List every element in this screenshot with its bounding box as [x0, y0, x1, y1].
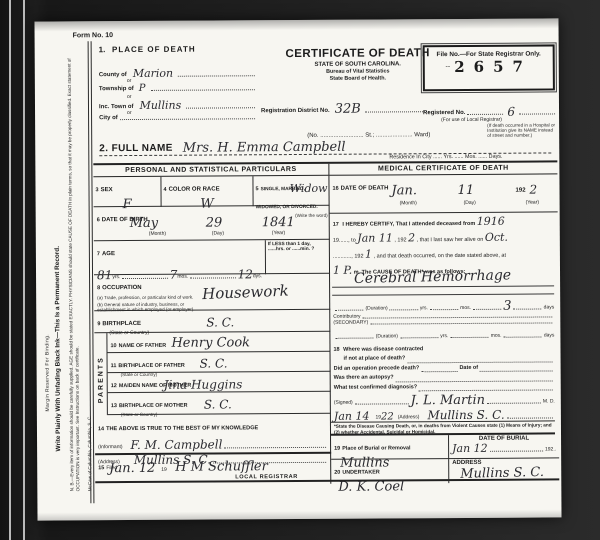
dod-day-value: 11	[457, 183, 474, 198]
certify-line3b: , and that death occurred, on the date s…	[374, 253, 506, 260]
filed-number: 15	[98, 465, 104, 471]
cause-footnote: *State the Disease Causing Death, or, in…	[331, 420, 555, 435]
father-name-row: 10NAME OF FATHER Henry Cook	[107, 332, 330, 353]
father-number: 10	[110, 343, 116, 349]
dob-month-value: May	[130, 216, 158, 231]
sex-label: SEX	[101, 187, 113, 193]
county-field: County of Marion	[99, 66, 257, 78]
mother-number: 12	[111, 383, 117, 389]
film-edge-line	[9, 0, 11, 540]
form-number: Form No. 10	[73, 32, 113, 39]
film-edge-line	[23, 0, 25, 540]
age-less-than-day-cell: If LESS than 1 day, ......hrs. or ......…	[266, 240, 330, 274]
undertaker-value: D. K. Coel	[338, 479, 445, 495]
father-birthplace-row: 11BIRTHPLACE OF FATHER (State or Country…	[108, 352, 331, 373]
registration-district-field: Registration District No. 32B	[261, 101, 431, 114]
dotted-line	[490, 450, 543, 452]
place-of-death-title: PLACE OF DEATH	[112, 45, 196, 55]
dotted-line	[507, 416, 553, 418]
dob-day-value: 29	[206, 215, 223, 230]
cause-of-death-block: Cerebral Hemorrhage	[330, 268, 558, 299]
dotted-line	[400, 336, 438, 338]
mother-birthplace-row: 13BIRTHPLACE OF MOTHER (State or Country…	[108, 392, 331, 415]
place-of-death-number: 1.	[99, 45, 106, 54]
cause-of-death-value: Cerebral Hemorrhage	[354, 267, 511, 287]
q-test: What test confirmed diagnosis?	[334, 383, 417, 393]
dod-month-value: Jan.	[391, 183, 417, 198]
dotted-line	[355, 402, 409, 404]
undertaker-label: UNDERTAKER	[342, 470, 379, 476]
duration2-days-label: days	[544, 332, 555, 338]
occupation-label: OCCUPATION	[102, 285, 141, 291]
file-number-line: --2657	[425, 57, 553, 77]
registrar-signature: H M Schuffler	[175, 459, 268, 475]
file-number: 2657	[454, 58, 532, 76]
certify-line2c: , that I last saw her alive on	[417, 237, 484, 243]
occupation-value: Housework	[202, 282, 289, 304]
duration-yrs-label: yrs.	[420, 305, 428, 311]
birthplace-row: 9BIRTHPLACE (State or Country) S. C.	[94, 310, 330, 333]
status-value: Widow	[290, 182, 328, 195]
duration-days-label: days	[544, 304, 555, 310]
dotted-line	[504, 336, 542, 338]
truth-number: 14	[98, 426, 104, 432]
full-name-value: Mrs. H. Emma Campbell	[183, 140, 346, 156]
city-field: City of	[99, 114, 257, 121]
mother-bp-number: 13	[111, 403, 117, 409]
certify-year21-value: 1	[365, 248, 372, 261]
informant-label: (Informant)	[98, 444, 122, 450]
mother-bp-label: BIRTHPLACE OF MOTHER	[119, 403, 188, 409]
sex-cell: 3SEX F	[93, 177, 161, 207]
q-date-of: Date of	[459, 364, 478, 374]
registration-district-label: Registration District No.	[261, 108, 330, 114]
margin-nb-note: N. B.—Every item of information should b…	[67, 51, 81, 491]
registered-number-value: 6	[507, 105, 515, 119]
certification-paragraph: 17 I HEREBY CERTIFY, That I attended dec…	[330, 212, 558, 269]
county-label: County of	[99, 72, 127, 78]
personal-column: PERSONAL AND STATISTICAL PARTICULARS 3SE…	[93, 164, 331, 485]
township-field: Township of P	[99, 82, 257, 92]
rule-line	[332, 285, 554, 287]
dotted-line	[365, 110, 429, 112]
dotted-line	[487, 402, 541, 404]
dob-month-sublabel: (Month)	[149, 231, 166, 237]
date-of-birth-row: 6DATE OF BIRTH May 29 1841 (Month) (Day)…	[94, 206, 330, 241]
registration-district-value: 32B	[335, 102, 361, 117]
mother-bp-value: S. C.	[204, 397, 232, 411]
dotted-line	[120, 117, 255, 120]
duration2-row: (Duration) yrs. mos. days	[330, 332, 554, 339]
certify-to-year-value: 2	[408, 231, 415, 244]
dod-year-sublabel: (Year)	[526, 200, 539, 206]
street-ward-line: (No. .......................... St.; ...…	[307, 132, 487, 139]
township-value: P	[139, 83, 146, 94]
burial-number: 19	[334, 446, 340, 452]
signed-value: J. L. Martin	[411, 393, 485, 408]
dod-year-prefix: 192	[516, 188, 526, 194]
rule-line	[332, 293, 554, 295]
duration-label: (Duration)	[365, 305, 387, 311]
dotted-line	[390, 308, 418, 310]
q18-number: 18	[333, 347, 339, 353]
marital-status-cell: 5SINGLE, MARRIED, WIDOWED, OR DIVORCED. …	[253, 176, 329, 206]
q18-line-a: Where was disease contracted	[343, 346, 423, 352]
parents-block: PARENTS 10NAME OF FATHER Henry Cook 11BI…	[94, 332, 330, 415]
dob-year-sublabel: (Year)	[272, 230, 285, 236]
filed-year-prefix: 19	[161, 467, 167, 473]
contributory-row: Contributory (SECONDARY)	[330, 312, 554, 325]
undertaker-address-cell: ADDRESS Mullins S. C.	[449, 458, 559, 483]
dotted-line	[335, 309, 363, 311]
secondary-label: (SECONDARY)	[333, 320, 368, 326]
duration-days-value: 3	[503, 299, 511, 314]
margin-ink-note: Write Plainly With Unfading Black Ink—Th…	[54, 246, 62, 451]
certify-number: 17	[333, 222, 339, 228]
dob-year-value: 1841	[262, 215, 295, 230]
burial-date-year: 192..	[545, 446, 556, 452]
signed-label: (Signed)	[334, 400, 353, 406]
file-dash: --	[446, 63, 451, 70]
burial-row: 19Place of Burial or Removal Mullins DAT…	[331, 434, 559, 459]
q-operation: Did an operation precede death?	[334, 364, 420, 374]
age-number: 7	[97, 251, 100, 257]
death-certificate-document: Form No. 10 Margin Reserved For Binding.…	[34, 18, 561, 520]
burial-label: Place of Burial or Removal	[342, 445, 410, 451]
duration2-mos-label: mos.	[491, 333, 502, 339]
age-cell: 7AGE 81 yrs. 7 mos. 12 dys.	[94, 240, 266, 275]
dotted-line	[421, 370, 457, 372]
duration2-yrs-label: yrs.	[440, 333, 448, 339]
color-label: COLOR OR RACE	[169, 186, 220, 192]
occupation-row: 8OCCUPATION (a) Trade, profession, or pa…	[94, 274, 330, 311]
certify-line1: I HEREBY CERTIFY, That I attended deceas…	[342, 221, 475, 228]
dotted-line	[224, 446, 326, 449]
status-number: 5	[255, 186, 258, 192]
q18-line-b: if not at place of death?	[344, 355, 406, 365]
q-autopsy: Was there an autopsy?	[334, 374, 394, 384]
mother-value: Jina Huggins	[164, 377, 243, 391]
undertaker-cell: 20UNDERTAKER D. K. Coel	[331, 459, 449, 484]
dotted-line	[467, 113, 503, 115]
duration2-label: (Duration)	[376, 333, 398, 339]
certificate-form: 1. PLACE OF DEATH County of Marion or To…	[93, 38, 560, 503]
color-cell: 4COLOR OR RACE W	[161, 176, 253, 207]
dotted-line	[151, 88, 255, 91]
duration-row: (Duration) yrs. mos. 3 days	[330, 298, 554, 311]
undertaker-number: 20	[334, 470, 340, 476]
local-registrar-label: LOCAL REGISTRAR	[235, 474, 298, 480]
parents-sidebar: PARENTS	[94, 333, 108, 415]
inc-town-value: Mullins	[140, 99, 182, 112]
certify-to-value: Jan 11	[357, 231, 393, 244]
margin-printer-note: McCaw of Columbia, Columbia, S. C.	[87, 415, 92, 491]
color-number: 4	[163, 187, 166, 193]
age-less-note: If LESS than 1 day, ......hrs. or ......…	[268, 242, 328, 253]
dotted-line	[513, 308, 541, 310]
medical-column: MEDICAL CERTIFICATE OF DEATH 16DATE OF D…	[329, 162, 559, 483]
duration-mos-label: mos.	[460, 305, 471, 311]
sex-number: 3	[95, 187, 98, 193]
dotted-line	[335, 337, 373, 339]
burial-date-cell: DATE OF BURIAL Jan 12 192..	[449, 434, 559, 459]
dotted-line	[430, 308, 458, 310]
dob-day-sublabel: (Day)	[212, 230, 224, 236]
microfilm-background: Form No. 10 Margin Reserved For Binding.…	[0, 0, 600, 540]
dotted-line	[450, 336, 488, 338]
undertaker-address-value: Mullins S. C.	[460, 465, 556, 482]
city-label: City of	[99, 115, 118, 121]
informant-row: 14THE ABOVE IS TRUE TO THE BEST OF MY KN…	[95, 414, 331, 455]
dod-month-sublabel: (Month)	[400, 200, 417, 206]
inc-town-field: Inc. Town of Mullins	[99, 98, 257, 110]
dotted-line	[419, 388, 553, 391]
age-label: AGE	[102, 251, 115, 257]
age-row: 7AGE 81 yrs. 7 mos. 12 dys.	[94, 240, 330, 275]
dotted-line	[519, 112, 555, 114]
occupation-number: 8	[97, 285, 100, 291]
dod-day-sublabel: (Day)	[464, 200, 476, 206]
dob-number: 6	[97, 217, 100, 223]
signed-address-label: (Address)	[398, 414, 420, 420]
sex-color-status-row: 3SEX F 4COLOR OR RACE W 5SINGLE, MARRIED…	[93, 176, 329, 207]
township-label: Township of	[99, 86, 134, 92]
birthplace-number: 9	[97, 321, 100, 327]
hospital-note: (If death occurred in a Hospital or Inst…	[487, 122, 557, 137]
residence-line: Residence In City ...... Yrs. ...... Mos…	[389, 154, 502, 161]
burial-place-cell: 19Place of Burial or Removal Mullins	[331, 435, 449, 460]
particulars-table: PERSONAL AND STATISTICAL PARTICULARS 3SE…	[93, 160, 559, 483]
margin-binding-note: Margin Reserved For Binding.	[44, 334, 50, 412]
filed-date-value: Jan. 12	[109, 461, 155, 476]
dotted-line	[178, 74, 255, 76]
parents-label: PARENTS	[98, 356, 105, 403]
date-of-death-row: 16DATE OF DEATH Jan. 11 192 2 (Month) (D…	[329, 174, 557, 213]
dotted-line	[473, 308, 501, 310]
undertaker-row: 20UNDERTAKER D. K. Coel ADDRESS Mullins …	[331, 458, 559, 483]
father-bp-number: 11	[111, 363, 117, 369]
father-bp-value: S. C.	[200, 356, 228, 370]
truth-label: THE ABOVE IS TRUE TO THE BEST OF MY KNOW…	[106, 425, 258, 432]
file-number-box: File No.—For State Registrar Only. --265…	[423, 44, 555, 91]
place-of-death-heading: 1. PLACE OF DEATH	[99, 45, 196, 55]
dotted-line	[186, 106, 255, 108]
certify-line2b: , 192	[394, 237, 406, 243]
certify-line3a: ............, 192	[333, 254, 364, 260]
father-bp-label: BIRTHPLACE OF FATHER	[118, 363, 184, 369]
full-name-label: 2. FULL NAME	[99, 143, 173, 154]
registered-number-field: Registered No. 6	[423, 104, 557, 116]
signed-block: (Signed) J. L. Martin M. D. Jan 14 19 22…	[331, 392, 555, 421]
dod-label: DATE OF DEATH	[341, 185, 389, 191]
md-label: M. D.	[543, 398, 555, 404]
filed-row: 15Filed Jan. 12 19 H M Schuffler LOCAL R…	[95, 454, 331, 485]
question-18-block: 18 Where was disease contracted if not a…	[330, 344, 554, 392]
dod-year-value: 2	[529, 183, 537, 197]
father-label: NAME OF FATHER	[119, 343, 167, 349]
certify-last-seen-value: Oct.	[485, 231, 508, 244]
informant-value: F. M. Campbell	[130, 437, 222, 452]
registered-number-label: Registered No.	[423, 110, 465, 116]
birthplace-label: BIRTHPLACE	[102, 321, 141, 327]
certify-line2a: 19......, to	[333, 238, 356, 244]
certify-from-value: 1916	[477, 215, 505, 228]
birthplace-value: S. C.	[206, 315, 234, 329]
burial-date-value: Jan 12	[452, 442, 488, 455]
mother-name-row: 12MAIDEN NAME OF MOTHER Jina Huggins	[108, 372, 331, 393]
occupation-line-a: (a) Trade, profession, or particular kin…	[97, 295, 209, 301]
father-value: Henry Cook	[171, 335, 250, 350]
county-value: Marion	[133, 67, 173, 80]
dod-number: 16	[332, 186, 338, 192]
dotted-line	[370, 321, 552, 324]
